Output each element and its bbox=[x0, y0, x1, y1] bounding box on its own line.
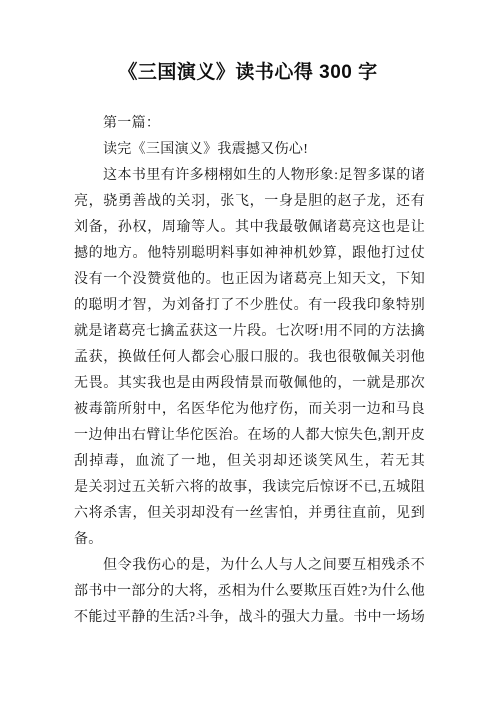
text-line: 刮掉毒，血流了一地，但关羽却还谈笑风生，若无其事。二 bbox=[74, 449, 425, 475]
text-line: 就是诸葛亮七擒孟获这一片段。七次呀!用不同的方法擒到 bbox=[74, 319, 425, 345]
text-line: 这本书里有许多栩栩如生的人物形象:足智多谋的诸葛 bbox=[74, 163, 425, 189]
paragraph: 但令我伤心的是，为什么人与人之间要互相残杀不说全部书中一部分的大将，丞相为什么要… bbox=[74, 553, 425, 631]
text-line: 撼的地方。他特别聪明料事如神神机妙算，跟他打过仗的人 bbox=[74, 241, 425, 267]
text-line: 六将杀害，但关羽却没有一丝害怕，并勇往直前，见到了刘 bbox=[74, 501, 425, 527]
text-line: 没有一个没赞赏他的。也正因为诸葛亮上知天文，下知地理 bbox=[74, 267, 425, 293]
text-line: 是关羽过五关斩六将的故事，我读完后惊讶不已,五城阻挡, bbox=[74, 475, 425, 501]
text-line: 但令我伤心的是，为什么人与人之间要互相残杀不说全 bbox=[74, 553, 425, 579]
paragraph: 第一篇： bbox=[74, 111, 425, 137]
text-line: 刘备，孙权，周瑜等人。其中我最敬佩诸葛亮这也是让我震 bbox=[74, 215, 425, 241]
document-page: 《三国演义》读书心得 300 字 第一篇：读完《三国演义》我震撼又伤心!这本书里… bbox=[0, 0, 496, 702]
text-line: 的聪明才智，为刘备打了不少胜仗。有一段我印象特别深， bbox=[74, 293, 425, 319]
text-line: 被毒箭所射中，名医华佗为他疗伤，而关羽一边和马良下棋 bbox=[74, 397, 425, 423]
document-body: 第一篇：读完《三国演义》我震撼又伤心!这本书里有许多栩栩如生的人物形象:足智多谋… bbox=[0, 111, 496, 631]
text-line: 一边伸出右臂让华佗医治。在场的人都大惊失色,割开皮肉, bbox=[74, 423, 425, 449]
text-line: 亮，骁勇善战的关羽，张飞，一身是胆的赵子龙，还有曹操， bbox=[74, 189, 425, 215]
text-line: 无畏。其实我也是由两段情景而敬佩他的，一就是那次关羽 bbox=[74, 371, 425, 397]
text-line: 部书中一部分的大将，丞相为什么要欺压百姓?为什么他们 bbox=[74, 579, 425, 605]
text-line: 不能过平静的生活?斗争，战斗的强大力量。书中一场场惊 bbox=[74, 605, 425, 631]
paragraph: 这本书里有许多栩栩如生的人物形象:足智多谋的诸葛亮，骁勇善战的关羽，张飞，一身是… bbox=[74, 163, 425, 553]
text-line: 孟获，换做任何人都会心服口服的。我也很敬佩关羽他英勇 bbox=[74, 345, 425, 371]
document-title: 《三国演义》读书心得 300 字 bbox=[0, 60, 496, 86]
text-line: 读完《三国演义》我震撼又伤心! bbox=[74, 137, 425, 163]
text-line: 备。 bbox=[74, 527, 425, 553]
text-line: 第一篇： bbox=[74, 111, 425, 137]
paragraph: 读完《三国演义》我震撼又伤心! bbox=[74, 137, 425, 163]
